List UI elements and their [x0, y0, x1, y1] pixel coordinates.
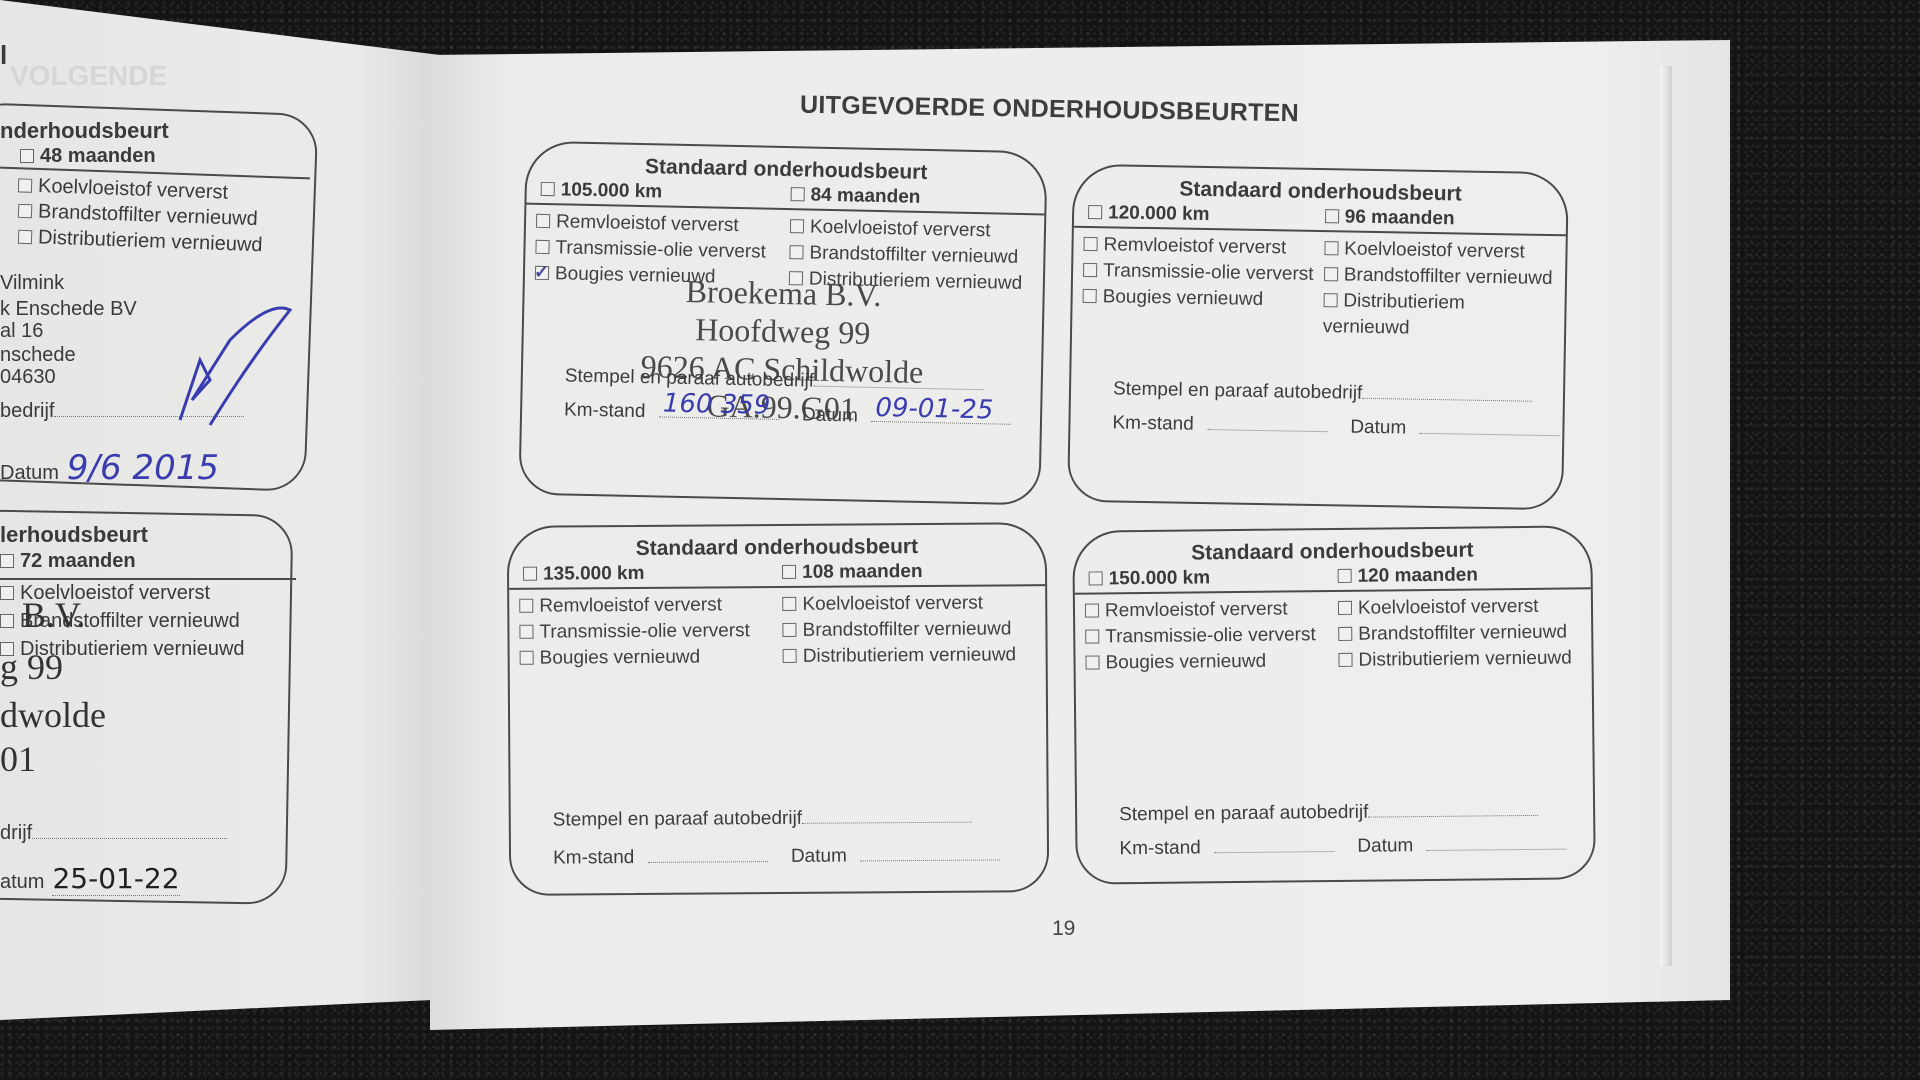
task-item: Bougies vernieuwd	[1085, 648, 1338, 677]
date-field[interactable]	[860, 859, 1000, 861]
stamp-line: 01	[0, 738, 36, 780]
service-record-135000: Standaard onderhoudsbeurt 135.000 km 108…	[507, 522, 1050, 896]
stamp-line: nschede	[0, 344, 76, 367]
months-label: 108 maanden	[802, 561, 923, 583]
date-field[interactable]: 09-01-25	[871, 421, 1011, 425]
task-row: Bougies vernieuwdDistributieriem vernieu…	[520, 642, 1036, 672]
checkbox[interactable]	[536, 214, 550, 228]
checkbox[interactable]	[1324, 241, 1338, 255]
km-stand-field[interactable]	[1207, 429, 1327, 432]
km-label: 150.000 km	[1109, 567, 1211, 589]
signature-field[interactable]	[1362, 398, 1532, 402]
checkbox[interactable]	[519, 625, 533, 639]
task-item: Bougies vernieuwd	[520, 644, 783, 672]
task-label: Koelvloeistof ververst	[1358, 596, 1539, 619]
checkbox[interactable]	[20, 149, 34, 163]
task-label: Bougies vernieuwd	[1102, 286, 1263, 310]
checkbox[interactable]	[18, 178, 32, 192]
task-label: Brandstoffilter vernieuwd	[809, 243, 1018, 268]
months-interval: 84 maanden	[790, 184, 1031, 211]
stamp-label: Stempel en paraaf autobedrijf	[565, 365, 815, 391]
km-interval: 135.000 km	[523, 562, 782, 586]
checkbox[interactable]	[1338, 627, 1352, 641]
stamp-label: Stempel en paraaf autobedrijf	[1119, 802, 1368, 826]
checkbox[interactable]	[783, 649, 797, 663]
checkbox[interactable]	[1083, 289, 1097, 303]
stamp-label: bedrijf	[0, 400, 54, 422]
task-label: Koelvloeistof ververst	[810, 217, 991, 242]
task-item: Transmissie-olie ververst	[1085, 622, 1338, 651]
left-title-fragment: l	[0, 40, 7, 71]
checkbox[interactable]	[1085, 629, 1099, 643]
checkbox[interactable]	[783, 623, 797, 637]
task-label: Transmissie-olie ververst	[555, 237, 766, 262]
km-date-row: Km-stand 160 359 Datum 09-01-25	[564, 399, 1011, 430]
months-label: 48 maanden	[40, 145, 156, 167]
checkbox[interactable]	[1324, 267, 1338, 281]
task-label: Remvloeistof ververst	[1105, 598, 1288, 621]
checkbox[interactable]	[520, 651, 534, 665]
checkbox[interactable]	[1323, 293, 1337, 307]
km-stand-field[interactable]	[648, 861, 768, 863]
months-label: 72 maanden	[20, 550, 136, 572]
months-interval: 108 maanden	[782, 560, 1031, 584]
signature-field[interactable]	[32, 838, 227, 839]
km-checkbox[interactable]	[541, 182, 555, 196]
km-label: 135.000 km	[543, 563, 645, 585]
checkbox[interactable]	[1338, 601, 1352, 615]
date-field[interactable]	[1419, 433, 1559, 436]
box-heading: Standaard onderhoudsbeurt	[509, 524, 1045, 562]
task-label: Brandstoffilter vernieuwd	[1358, 622, 1567, 645]
date-value[interactable]: 25-01-22	[52, 862, 179, 896]
signature-field[interactable]	[802, 822, 972, 824]
task-row: Bougies vernieuwdDistributieriem vernieu…	[1082, 284, 1555, 344]
service-record-120000: Standaard onderhoudsbeurt 120.000 km 96 …	[1067, 164, 1569, 511]
checkbox[interactable]	[1085, 655, 1099, 669]
task-item: Remvloeistof ververst	[519, 592, 782, 620]
task-grid: Remvloeistof ververstKoelvloeistof verve…	[1075, 589, 1592, 676]
stamp-line: B.V.	[22, 594, 85, 636]
task-grid: Remvloeistof ververstKoelvloeistof verve…	[1072, 228, 1566, 345]
checkbox[interactable]	[0, 586, 14, 600]
task-label: Remvloeistof ververst	[539, 594, 722, 616]
km-stand-field[interactable]: 160 359	[659, 416, 779, 420]
task-item: Bougies vernieuwd	[1082, 284, 1324, 340]
task-label: Transmissie-olie ververst	[1105, 624, 1316, 647]
stamp-signature-row: Stempel en paraaf autobedrijf	[1113, 378, 1533, 407]
months-label: 120 maanden	[1357, 564, 1478, 586]
checkbox[interactable]	[790, 219, 804, 233]
stamp-label: Stempel en paraaf autobedrijf	[553, 808, 802, 831]
task-item: Distributieriem vernieuwd	[1338, 645, 1581, 674]
left-box1-heading: nderhoudsbeurt	[0, 118, 169, 144]
stamp-line: Vilmink	[0, 272, 64, 295]
task-label: Distributieriem vernieuwd	[803, 644, 1016, 666]
signature-scribble-icon	[170, 300, 300, 430]
task-label: Brandstoffilter vernieuwd	[1344, 264, 1553, 289]
service-record-105000: Standaard onderhoudsbeurt 105.000 km 84 …	[518, 141, 1047, 506]
km-checkbox[interactable]	[1088, 205, 1102, 219]
months-label: 96 maanden	[1345, 206, 1455, 229]
task-item: Koelvloeistof ververst	[1324, 236, 1556, 266]
task-label: Koelvloeistof ververst	[802, 593, 983, 615]
months-checkbox[interactable]	[1337, 569, 1351, 583]
checkbox[interactable]	[789, 245, 803, 259]
stamp-line: dwolde	[0, 694, 106, 736]
box-heading: Standaard onderhoudsbeurt	[1074, 527, 1590, 566]
left-box2-heading: lerhoudsbeurt	[0, 522, 148, 548]
stamp-line: g 99	[0, 646, 63, 688]
task-row: Remvloeistof ververstKoelvloeistof verve…	[519, 590, 1035, 620]
task-item: Brandstoffilter vernieuwd	[1324, 262, 1556, 292]
divider	[0, 578, 296, 580]
months-interval: 96 maanden	[1325, 206, 1553, 232]
checkbox[interactable]	[1083, 237, 1097, 251]
km-checkbox[interactable]	[1089, 571, 1103, 585]
checkbox[interactable]	[1083, 263, 1097, 277]
checkbox[interactable]	[1085, 603, 1099, 617]
km-stand-label: Km-stand	[553, 847, 634, 869]
months-checkbox[interactable]	[790, 187, 804, 201]
task-label: Brandstoffilter vernieuwd	[803, 618, 1012, 640]
page-number: 19	[1052, 917, 1075, 941]
km-interval: 150.000 km	[1089, 566, 1338, 591]
stamp-label: Stempel en paraaf autobedrijf	[1113, 378, 1363, 403]
checkbox[interactable]	[519, 599, 533, 613]
months-label: 84 maanden	[810, 185, 920, 208]
task-row: Transmissie-olie ververstBrandstoffilter…	[519, 616, 1035, 646]
left-box2-date-field: atum25-01-22	[0, 862, 180, 895]
km-interval: 105.000 km	[541, 179, 791, 206]
date-field[interactable]	[1427, 849, 1567, 851]
date-label: Datum	[802, 404, 858, 426]
task-item: Distributieriem vernieuwd	[783, 642, 1036, 670]
checkbox[interactable]	[0, 614, 14, 628]
km-checkbox[interactable]	[523, 567, 537, 581]
km-label: 105.000 km	[561, 179, 663, 202]
stamp-signature-row: Stempel en paraaf autobedrijf	[1119, 800, 1538, 826]
stamp-line: 04630	[0, 366, 56, 389]
date-value[interactable]: 9/6 2015	[67, 448, 219, 488]
page-edge	[1660, 66, 1672, 966]
task-label: Bougies vernieuwd	[540, 647, 701, 669]
checkbox[interactable]	[18, 204, 32, 218]
task-label: Remvloeistof ververst	[1103, 234, 1286, 258]
date-label: Datum	[791, 846, 847, 867]
date-label: atum	[0, 871, 44, 893]
signature-field[interactable]	[1368, 815, 1538, 818]
task-item: Brandstoffilter vernieuwd	[1338, 619, 1581, 648]
service-record-150000: Standaard onderhoudsbeurt 150.000 km 120…	[1072, 525, 1596, 884]
task-item: Distributieriem vernieuwd	[1323, 288, 1555, 344]
task-item: Transmissie-olie ververst	[519, 618, 782, 646]
task-label: Distributieriem vernieuwd	[1358, 648, 1572, 671]
task-label: Bougies vernieuwd	[1105, 651, 1266, 674]
task-label: Distributieriem vernieuwd	[1323, 290, 1465, 338]
date-label: Datum	[1350, 417, 1406, 439]
km-stand-label: Km-stand	[564, 399, 646, 422]
checkbox[interactable]	[782, 597, 796, 611]
left-box1-interval: 48 maanden	[20, 145, 156, 168]
task-row: Bougies vernieuwdDistributieriem vernieu…	[1085, 645, 1581, 676]
task-label: Koelvloeistof ververst	[1344, 238, 1525, 262]
checkbox[interactable]	[18, 230, 32, 244]
signature-field[interactable]	[814, 386, 984, 391]
km-interval: 120.000 km	[1088, 202, 1325, 228]
km-date-row: Km-stand Datum	[553, 844, 1000, 869]
date-label: Datum	[0, 462, 59, 484]
km-stand-field[interactable]	[1214, 851, 1334, 853]
km-stand-label: Km-stand	[1119, 837, 1201, 859]
checkbox[interactable]	[0, 554, 14, 568]
left-box1-date-field: Datum9/6 2015	[0, 448, 219, 488]
months-checkbox[interactable]	[782, 565, 796, 579]
stamp-line: k Enschede BV	[0, 298, 137, 321]
km-date-row: Km-stand Datum	[1112, 412, 1559, 442]
km-stand-label: Km-stand	[1112, 412, 1194, 434]
left-box2-interval: 72 maanden	[0, 550, 136, 573]
checkbox[interactable]	[535, 240, 549, 254]
km-label: 120.000 km	[1108, 202, 1210, 225]
interval-row: 135.000 km 108 maanden	[509, 558, 1045, 590]
task-label: Remvloeistof ververst	[556, 211, 739, 236]
task-item: Koelvloeistof ververst	[782, 590, 1035, 618]
months-interval: 120 maanden	[1337, 563, 1576, 588]
ghost-heading: VOLGENDE	[10, 60, 167, 92]
checkbox[interactable]	[1338, 653, 1352, 667]
km-date-row: Km-stand Datum	[1119, 834, 1566, 861]
stamp-signature-row: Stempel en paraaf autobedrijf	[553, 807, 972, 832]
task-item: Remvloeistof ververst	[1085, 596, 1338, 625]
left-box2-stamp-field: drijf	[0, 822, 227, 845]
task-label: Transmissie-olie ververst	[539, 620, 750, 642]
date-label: Datum	[1357, 835, 1413, 857]
months-checkbox[interactable]	[1325, 209, 1339, 223]
stamp-label: drijf	[0, 822, 32, 844]
stamp-line: al 16	[0, 320, 43, 343]
task-grid: Remvloeistof ververstKoelvloeistof verve…	[509, 586, 1046, 672]
task-item: Brandstoffilter vernieuwd	[783, 616, 1036, 644]
task-item: Koelvloeistof ververst	[1338, 593, 1581, 622]
task-label: Transmissie-olie ververst	[1103, 260, 1314, 285]
